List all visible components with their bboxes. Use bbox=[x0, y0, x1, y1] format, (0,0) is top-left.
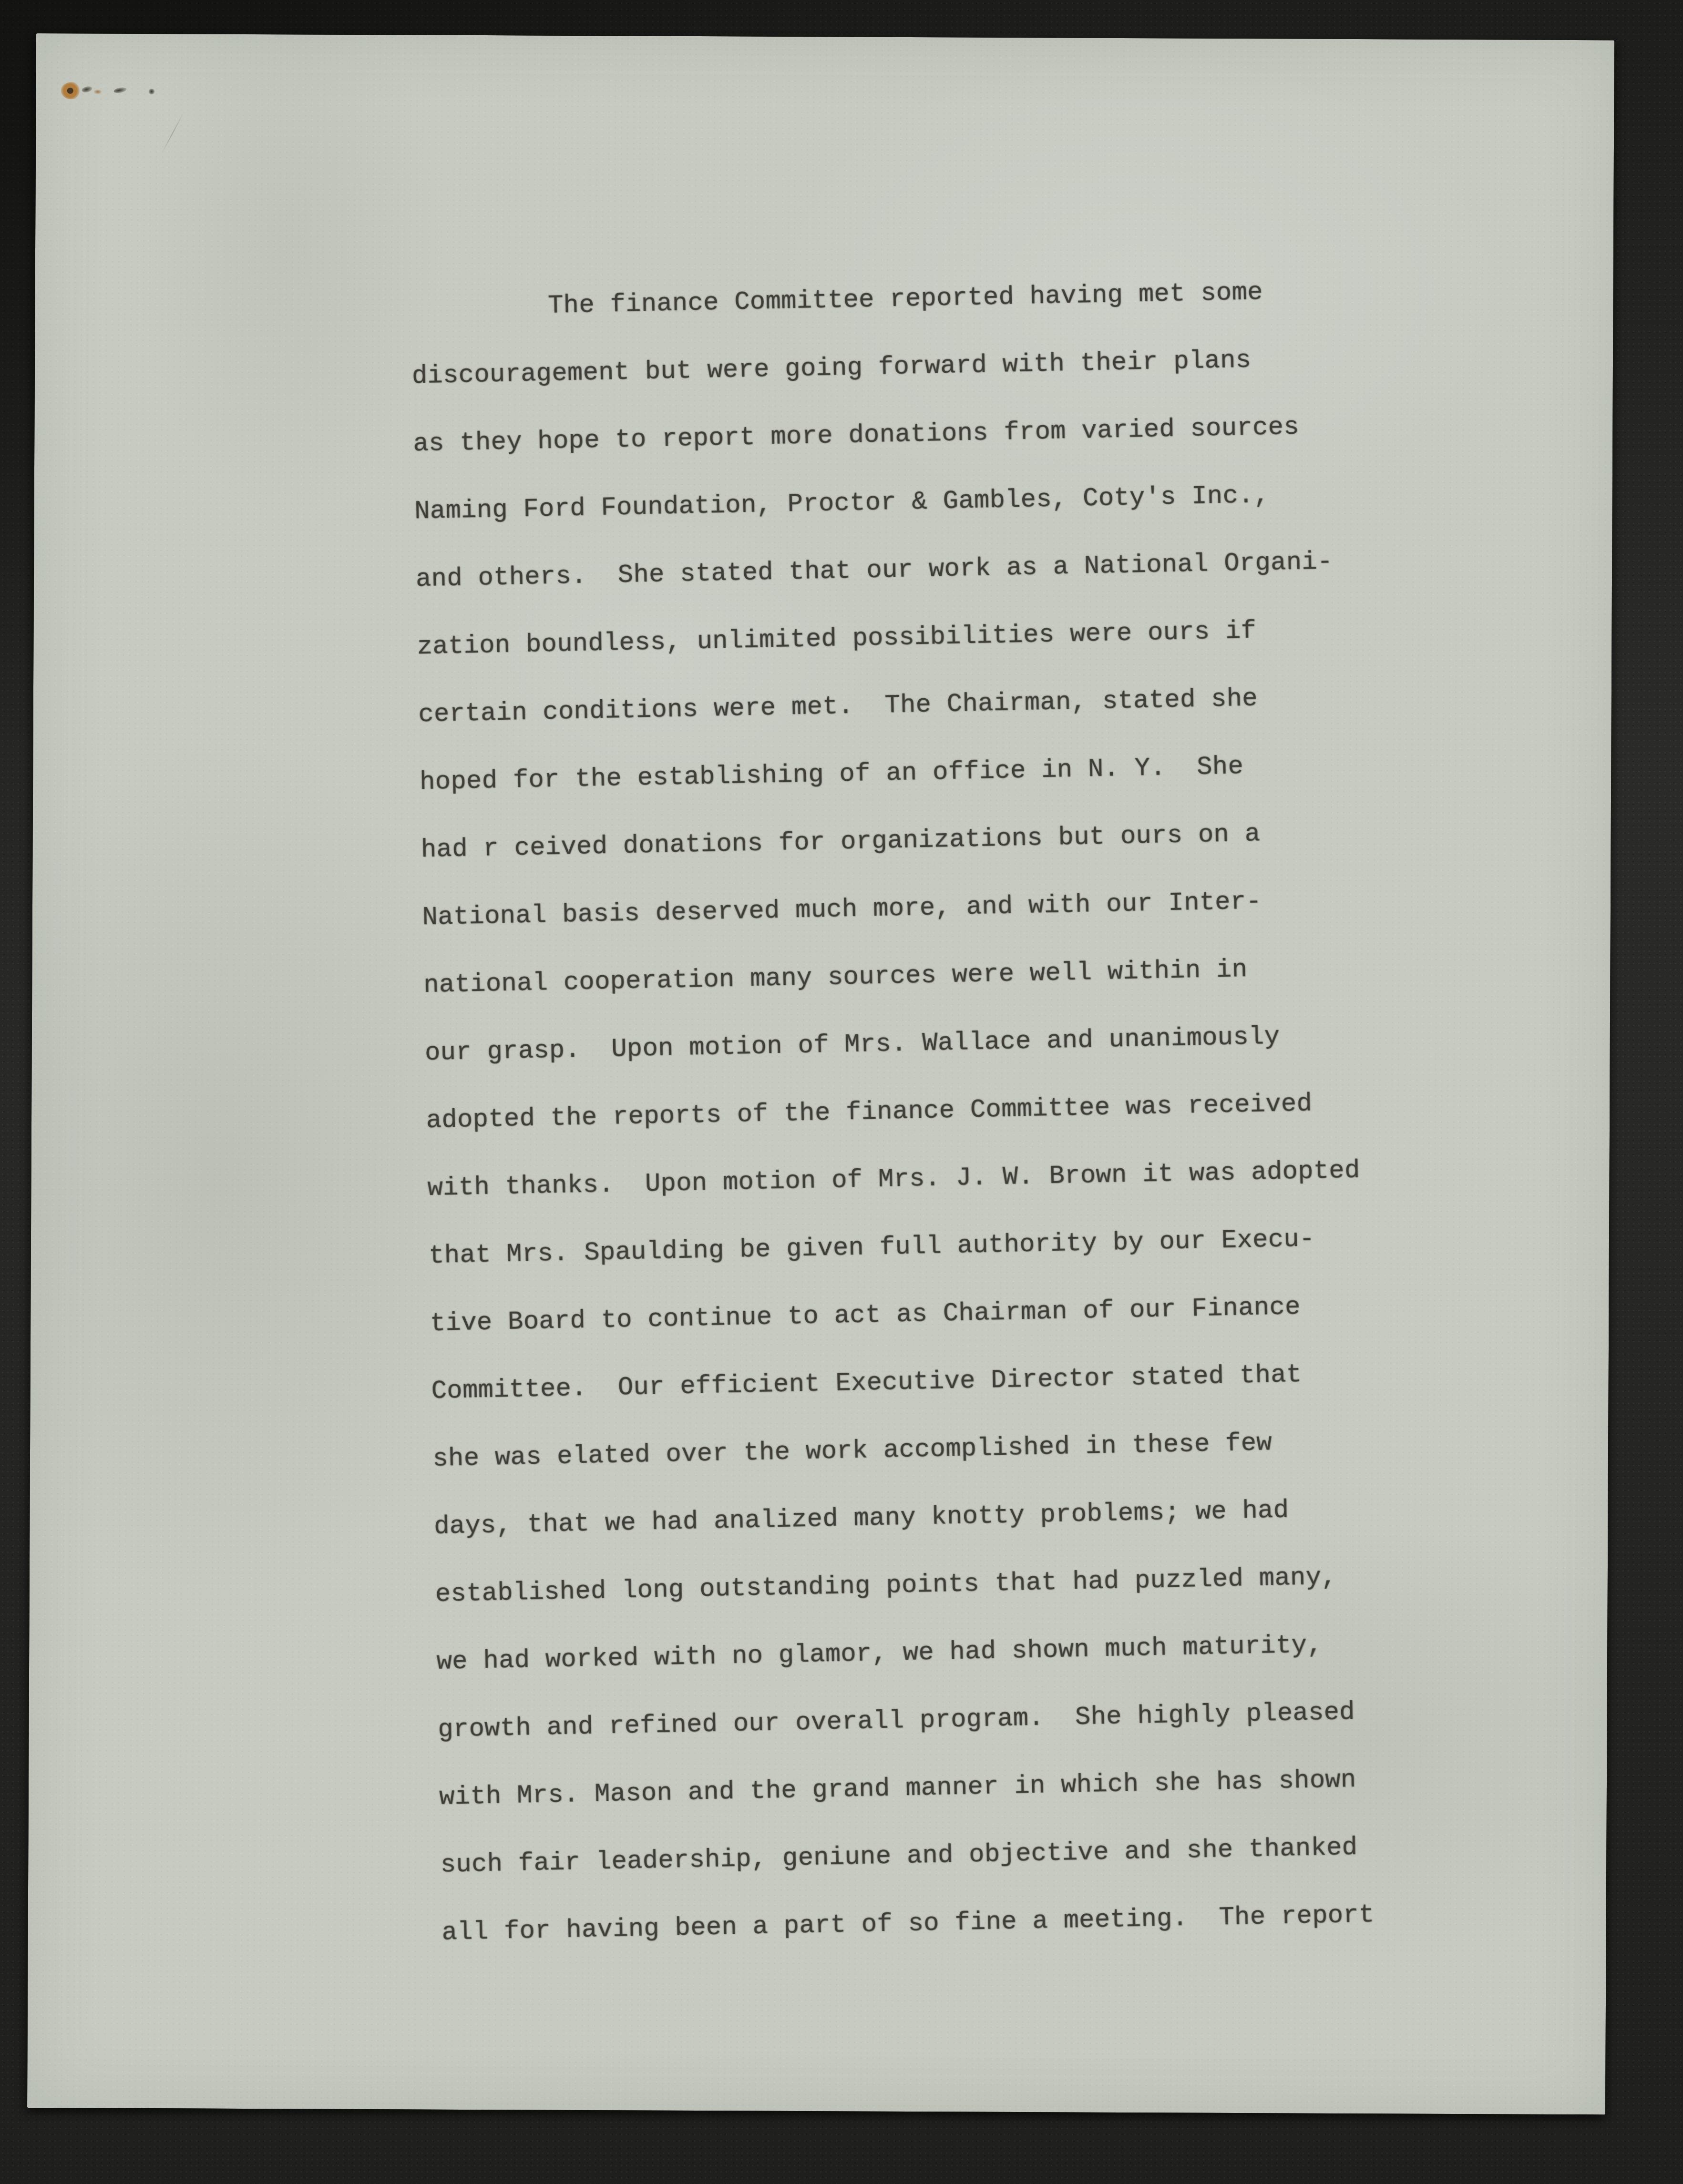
typewritten-text: The finance Committee reported having me… bbox=[410, 255, 1472, 1967]
ink-fleck bbox=[81, 85, 92, 93]
rust-stain bbox=[61, 82, 82, 99]
ink-fleck bbox=[148, 89, 154, 94]
rust-fleck bbox=[93, 90, 102, 94]
document-page: The finance Committee reported having me… bbox=[27, 33, 1614, 2114]
paper-crease bbox=[161, 112, 185, 154]
scanner-background: The finance Committee reported having me… bbox=[0, 0, 1683, 2184]
ink-fleck bbox=[113, 86, 127, 94]
